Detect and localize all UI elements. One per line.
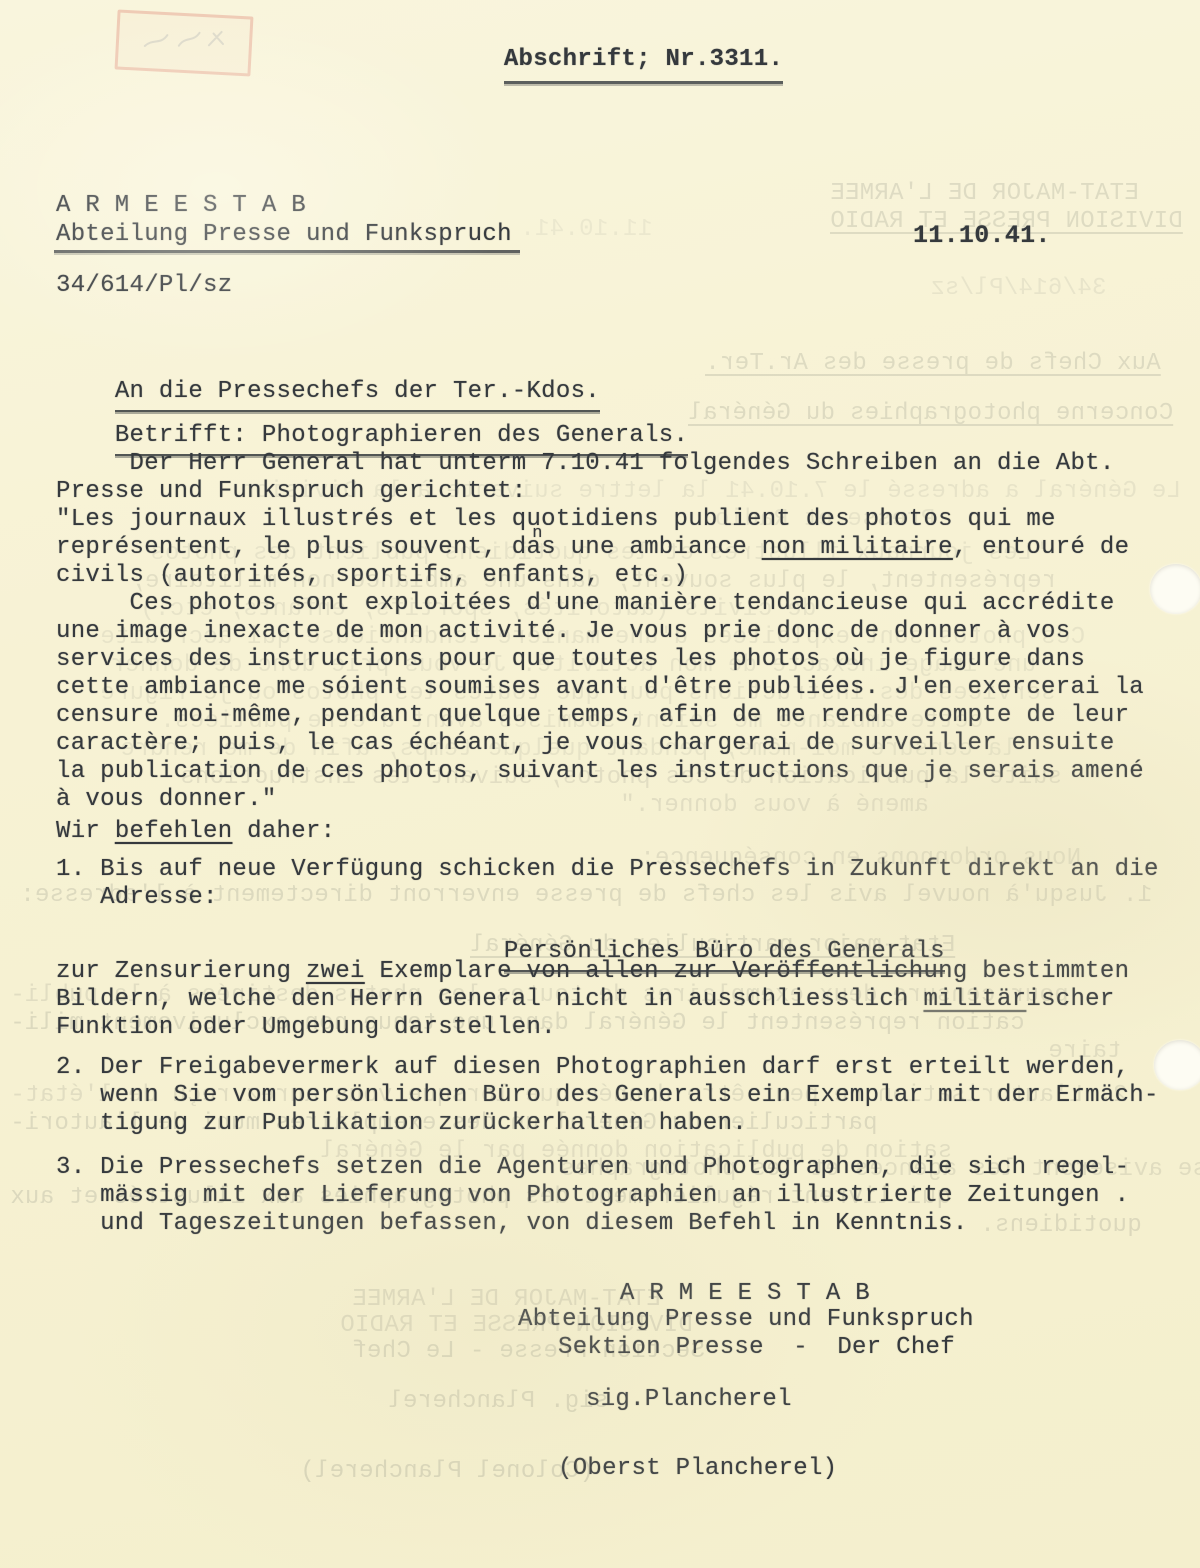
bleedthrough-line: amené à vous donner." — [620, 792, 929, 820]
stamp-box — [115, 9, 254, 76]
bleedthrough-line: sig. Plancherel — [388, 1388, 609, 1416]
quote-line: une image inexacte de mon activité. Je v… — [56, 618, 1070, 646]
list-item-2-line: wenn Sie vom persönlichen Büro des Gener… — [56, 1082, 1159, 1110]
body-intro-line: Presse und Funkspruch gerichtet: — [56, 478, 526, 506]
list-item-3-line: und Tageszeitungen befassen, von diesem … — [56, 1210, 968, 1238]
corrected-word: ns — [541, 534, 556, 561]
body-intro-line: Der Herr General hat unterm 7.10.41 folg… — [56, 450, 1115, 478]
file-reference: 34/614/Pl/sz — [56, 272, 232, 300]
bleedthrough-line: Aux Chefs de presse des Ar.Ter. — [705, 350, 1161, 378]
list-item-1-line: Bildern, welche den Herrn General nicht … — [56, 986, 1115, 1014]
order-intro-line: Wir befehlen daher: — [56, 818, 335, 846]
quote-line: la publication de ces photos, suivant le… — [56, 758, 1144, 786]
bleedthrough-line: 34/614/Pl/sz — [930, 275, 1106, 303]
quote-segment: une ambiance — [556, 534, 762, 561]
text-segment: zur Zensurierung — [56, 958, 306, 985]
list-item-3-line: 3. Die Pressechefs setzen die Agenturen … — [56, 1154, 1129, 1182]
quote-line: cette ambiance me sóient soumises avant … — [56, 674, 1144, 702]
text-segment: Exemplare von allen zur Veröffentlichung… — [365, 958, 1130, 985]
text-segment: Bildern, welche den Herrn General nicht … — [56, 986, 923, 1013]
signature-section: Sektion Presse - Der Chef — [558, 1334, 955, 1362]
hole-punch — [1154, 1040, 1200, 1090]
quote-line: Ces photos sont exploitées d'une manière… — [56, 590, 1115, 618]
signature-sig: sig.Plancherel — [586, 1386, 792, 1414]
quote-line: censure moi-même, pendant quelque temps,… — [56, 702, 1129, 730]
bleedthrough-line: ETAT-MAJOR DE L'ARMEE — [830, 180, 1139, 208]
order-segment: Wir — [56, 818, 115, 845]
bleedthrough-line: quotidiens. — [980, 1212, 1142, 1240]
signature-dept: Abteilung Presse und Funkspruch — [518, 1306, 974, 1334]
list-item-2-line: 2. Der Freigabevermerk auf diesen Photog… — [56, 1054, 1129, 1082]
underlined-phrase: non militaire — [762, 534, 953, 561]
bleedthrough-line: (Colonel Plancherel) — [300, 1458, 594, 1486]
underlined-word: militär — [923, 986, 1026, 1013]
underlined-word: zwei — [306, 958, 365, 985]
signature-name: (Oberst Plancherel) — [558, 1455, 837, 1483]
list-item-2-line: tigung zur Publikation zurückerhalten ha… — [56, 1110, 747, 1138]
document-date: 11.10.41. — [913, 222, 1051, 250]
quote-segment: , entouré de — [953, 534, 1129, 561]
quote-line: civils (autorités, sportifs, enfants, et… — [56, 562, 688, 590]
bleedthrough-line: 11.10.41. — [520, 216, 652, 244]
letterhead-org: A R M E E S T A B — [56, 192, 306, 220]
copy-heading-text: Abschrift; Nr.3311. — [504, 46, 783, 84]
text-segment: ischer — [1026, 986, 1114, 1013]
list-item-1-line: zur Zensurierung zwei Exemplare von alle… — [56, 958, 1129, 986]
list-item-1-line: Funktion oder Umgebung darstellen. — [56, 1014, 556, 1042]
quote-segment: représentent, le plus souvent, da — [56, 534, 541, 561]
letterhead-dept: Abteilung Presse und Funkspruch — [56, 221, 512, 249]
inserted-letter: n — [532, 520, 542, 548]
bleedthrough-line: Concerne photographies du Général — [688, 400, 1173, 428]
list-item-3-line: mässig mit der Lieferung von Photographi… — [56, 1182, 1129, 1210]
document-page: ETAT-MAJOR DE L'ARMEE DIVISION PRESSE ET… — [0, 0, 1200, 1568]
quote-line: "Les journaux illustrés et les quotidien… — [56, 506, 1056, 534]
quote-segment: s — [541, 534, 556, 561]
stamp-pencil-marks — [126, 19, 236, 63]
underlined-word: befehlen — [115, 818, 233, 845]
order-segment: daher: — [232, 818, 335, 845]
quote-line: à vous donner." — [56, 786, 277, 814]
hole-punch — [1150, 564, 1200, 614]
quote-line: représentent, le plus souvent, dans une … — [56, 534, 1129, 562]
quote-line: services des instructions pour que toute… — [56, 646, 1085, 674]
list-item-1-line: 1. Bis auf neue Verfügung schicken die P… — [56, 856, 1159, 884]
quote-line: caractère; puis, le cas échéant, je vous… — [56, 730, 1115, 758]
letterhead-underline — [54, 250, 520, 253]
copy-heading: Abschrift; Nr.3311. — [445, 18, 783, 112]
list-item-1-line: Adresse: — [56, 884, 218, 912]
signature-org: A R M E E S T A B — [620, 1280, 870, 1308]
